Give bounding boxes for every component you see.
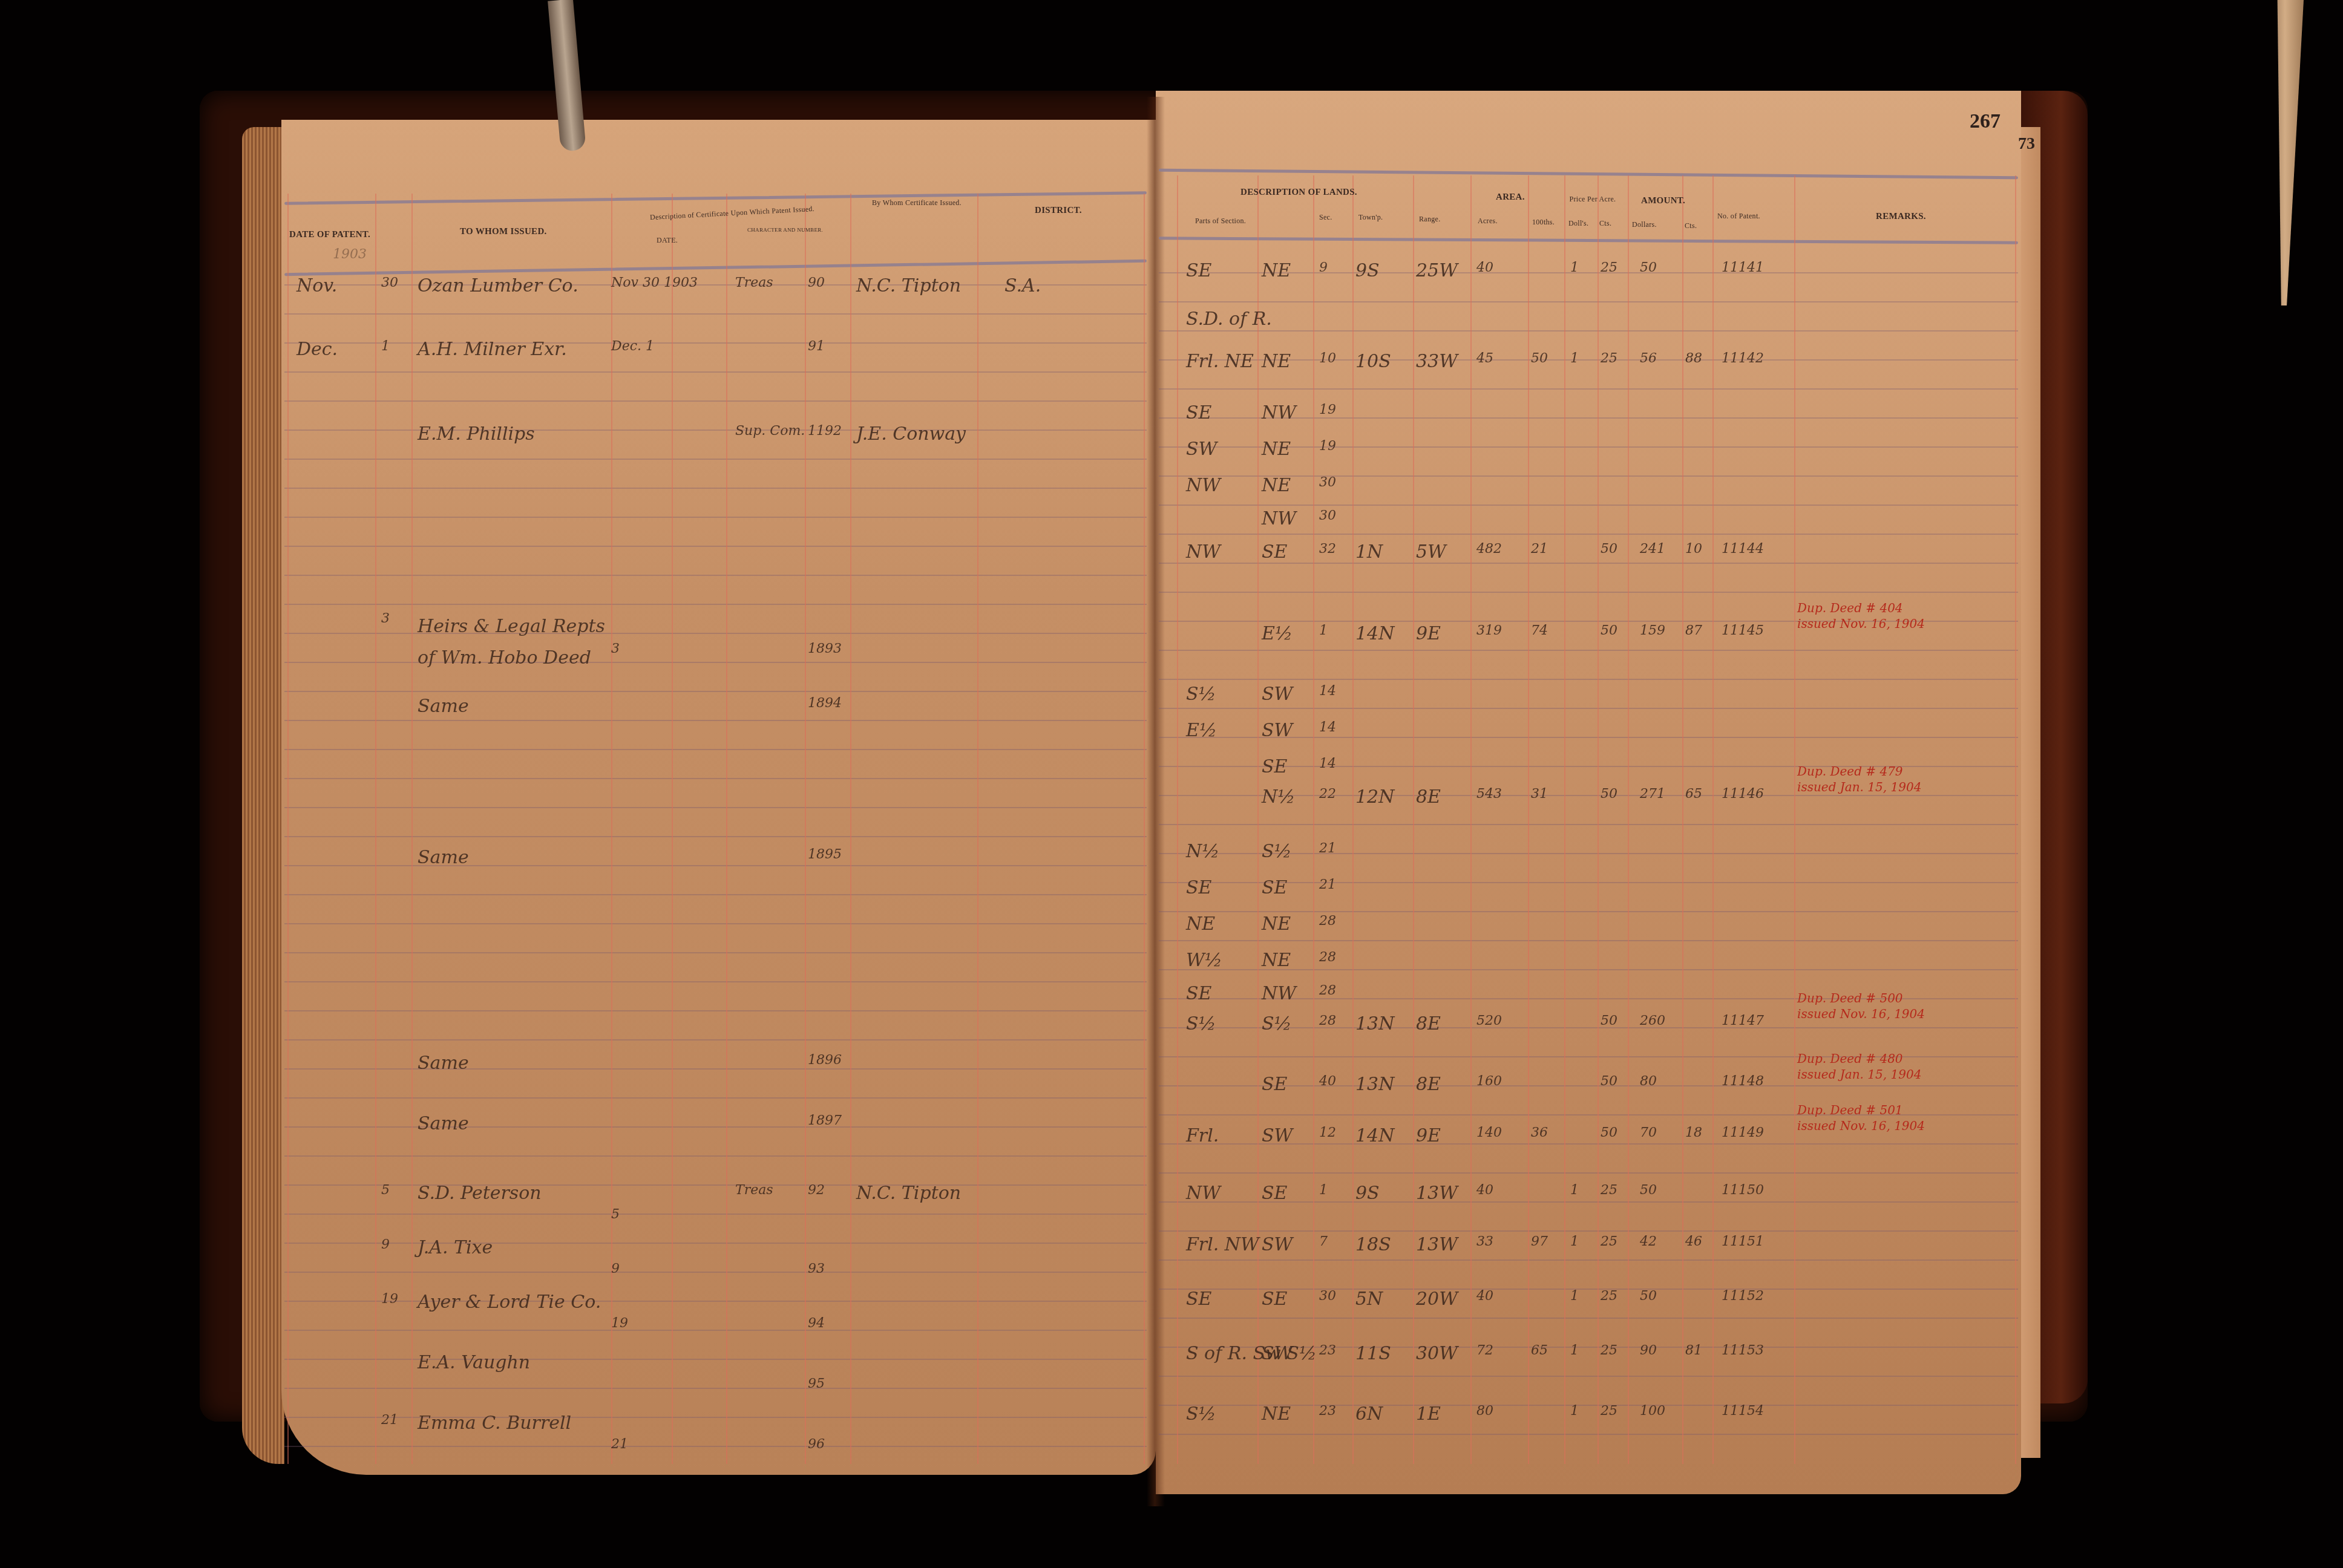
section-number: 28 xyxy=(1319,913,1336,929)
cert-date: Dec. 1 xyxy=(611,339,654,354)
grantee-name: Same xyxy=(418,1113,469,1134)
header-date-of-patent: DATE OF PATENT. xyxy=(289,230,370,240)
ruled-line xyxy=(284,1359,1147,1360)
section-number: 19 xyxy=(1319,439,1336,454)
parts-of-section: SW xyxy=(1186,439,1217,460)
grantee-name: Emma C. Burrell xyxy=(418,1413,571,1434)
ruled-line xyxy=(284,836,1147,837)
ruled-line xyxy=(1159,592,2018,593)
column-rule xyxy=(1257,175,1259,1464)
header-description-of-lands: DESCRIPTION OF LANDS. xyxy=(1240,188,1357,198)
amount-dollars: 80 xyxy=(1640,1074,1657,1089)
ruled-line xyxy=(284,1330,1147,1331)
section-number: 30 xyxy=(1319,475,1336,490)
ruled-line xyxy=(284,662,1147,663)
cert-date: 19 xyxy=(611,1316,628,1331)
acres: 80 xyxy=(1476,1403,1493,1419)
parts-of-section: Frl. NW xyxy=(1186,1234,1259,1255)
amount-cents: 88 xyxy=(1685,351,1702,366)
ruled-line xyxy=(1159,505,2018,506)
column-rule xyxy=(1313,175,1314,1464)
ruled-line xyxy=(1159,882,2018,883)
ruled-line xyxy=(284,923,1147,924)
section-number: 14 xyxy=(1319,684,1336,699)
township: 9S xyxy=(1355,1183,1380,1204)
ruled-line xyxy=(1159,563,2018,564)
header-by-whom: By Whom Certificate Issued. xyxy=(865,198,968,207)
header-character-number: CHARACTER AND NUMBER. xyxy=(747,227,823,233)
remark-duplicate-deed: Dup. Deed # 404 issued Nov. 16, 1904 xyxy=(1797,600,1930,632)
parts-of-section: NW xyxy=(1186,1183,1221,1204)
patent-number: 11145 xyxy=(1722,623,1764,638)
column-rule xyxy=(1470,175,1472,1464)
price-cents: 25 xyxy=(1601,1234,1617,1249)
range: 1E xyxy=(1416,1403,1441,1425)
price-cents: 25 xyxy=(1601,1343,1617,1358)
section-number: 28 xyxy=(1319,950,1336,965)
section-number: 30 xyxy=(1319,508,1336,523)
grantee-name: S.D. Peterson xyxy=(418,1183,542,1204)
quarter-section: SE xyxy=(1262,756,1287,777)
quarter-section: NW xyxy=(1262,402,1296,423)
quarter-section: SE xyxy=(1262,1289,1287,1310)
ruled-line xyxy=(284,1417,1147,1418)
quarter-section: S½ xyxy=(1262,841,1292,862)
section-number: 7 xyxy=(1319,1234,1328,1249)
range: 8E xyxy=(1416,1013,1441,1034)
cert-number: 93 xyxy=(808,1261,825,1276)
ruled-line xyxy=(284,981,1147,982)
cert-character: Sup. Com. xyxy=(735,423,805,439)
next-page-number: 73 xyxy=(2018,134,2035,154)
patent-number: 11152 xyxy=(1722,1289,1764,1304)
column-rule xyxy=(1352,175,1354,1464)
quarter-section: N½ xyxy=(1262,786,1295,808)
range: 33W xyxy=(1416,351,1458,372)
ruled-line xyxy=(1159,1085,2018,1086)
patent-number: 11141 xyxy=(1722,260,1764,275)
amount-dollars: 100 xyxy=(1640,1403,1665,1419)
header-dolls: Doll's. xyxy=(1568,219,1588,228)
ruled-line xyxy=(284,749,1147,750)
patent-number: 11153 xyxy=(1722,1343,1764,1358)
header-range: Range. xyxy=(1419,215,1440,224)
range: 13W xyxy=(1416,1234,1458,1255)
acres-hundredths: 31 xyxy=(1531,786,1548,802)
quarter-section: NW xyxy=(1262,508,1296,529)
township: 13N xyxy=(1355,1013,1394,1034)
quarter-section: SW xyxy=(1262,1234,1293,1255)
parts-of-section: Frl. xyxy=(1186,1125,1219,1146)
certificate-issuer: N.C. Tipton xyxy=(856,1183,961,1204)
column-rule xyxy=(850,194,851,1464)
header-hundredths: 100ths. xyxy=(1532,218,1555,227)
header-parts-of-section: Parts of Section. xyxy=(1195,217,1246,226)
township: 13N xyxy=(1355,1074,1394,1095)
ruled-line xyxy=(284,778,1147,779)
ruled-line xyxy=(284,575,1147,576)
quarter-section: NE xyxy=(1262,950,1291,971)
ruled-line xyxy=(1159,534,2018,535)
certificate-issuer: J.E. Conway xyxy=(856,423,966,445)
section-number: 22 xyxy=(1319,786,1336,802)
range: 30W xyxy=(1416,1343,1458,1364)
column-rule xyxy=(411,194,413,1464)
patent-number: 11154 xyxy=(1722,1403,1764,1419)
ruled-line xyxy=(284,604,1147,605)
cert-number: 1895 xyxy=(808,847,842,862)
amount-dollars: 70 xyxy=(1640,1125,1657,1140)
header-amount: AMOUNT. xyxy=(1641,196,1685,206)
amount-cents: 18 xyxy=(1685,1125,1702,1140)
ruled-line xyxy=(284,459,1147,460)
price-cents: 25 xyxy=(1601,351,1617,366)
acres: 40 xyxy=(1476,1289,1493,1304)
header-remarks: REMARKS. xyxy=(1876,212,1926,222)
amount-dollars: 90 xyxy=(1640,1343,1657,1358)
cert-date: 9 xyxy=(611,1261,620,1276)
amount-dollars: 56 xyxy=(1640,351,1657,366)
parts-of-section: S½ xyxy=(1186,1013,1216,1034)
price-cents: 50 xyxy=(1601,1125,1617,1140)
parts-of-section: SE xyxy=(1186,877,1211,898)
ruled-line xyxy=(284,1301,1147,1302)
acres: 72 xyxy=(1476,1343,1493,1358)
header-price-per-acre: Price Per Acre. xyxy=(1568,195,1617,204)
price-cents: 50 xyxy=(1601,1013,1617,1028)
ruled-line xyxy=(284,430,1147,431)
column-rule xyxy=(287,194,289,1464)
patent-month: Dec. xyxy=(297,339,338,360)
section-number: 30 xyxy=(1319,1289,1336,1304)
range: 25W xyxy=(1416,260,1458,281)
grantee-name: J.A. Tixe xyxy=(418,1237,493,1258)
quarter-section: NE xyxy=(1262,260,1291,281)
ruled-line xyxy=(284,1010,1147,1011)
book-gutter xyxy=(1147,97,1165,1506)
column-rule xyxy=(1564,175,1565,1464)
acres-hundredths: 97 xyxy=(1531,1234,1548,1249)
ruled-line xyxy=(1159,1289,2018,1290)
patent-day: 30 xyxy=(381,275,398,290)
ruled-line xyxy=(284,1214,1147,1215)
section-number: 9 xyxy=(1319,260,1328,275)
grantee-name: Same xyxy=(418,847,469,868)
patent-number: 11148 xyxy=(1722,1074,1764,1089)
ruled-line xyxy=(284,691,1147,692)
acres-hundredths: 65 xyxy=(1531,1343,1548,1358)
header-cert-date: DATE. xyxy=(657,236,678,245)
ruled-line xyxy=(1159,388,2018,390)
amount-dollars: 42 xyxy=(1640,1234,1657,1249)
price-dollars: 1 xyxy=(1570,1343,1579,1358)
grantee-name: E.M. Phillips xyxy=(418,423,535,445)
acres: 45 xyxy=(1476,351,1493,366)
price-dollars: 1 xyxy=(1570,1234,1579,1249)
quarter-section: SW xyxy=(1262,720,1293,741)
quarter-section: NE xyxy=(1262,475,1291,496)
amount-dollars: 50 xyxy=(1640,260,1657,275)
page-number: 267 xyxy=(1970,110,2001,133)
ruled-line xyxy=(284,1272,1147,1273)
ruled-line xyxy=(284,807,1147,808)
quarter-section: SE xyxy=(1262,541,1287,563)
ruled-line xyxy=(1159,1230,2018,1232)
column-rule xyxy=(805,194,806,1464)
quarter-section: NE xyxy=(1262,351,1291,372)
ruled-line xyxy=(1159,1318,2018,1319)
section-number: 23 xyxy=(1319,1343,1336,1358)
grantee-name: Ayer & Lord Tie Co. xyxy=(418,1292,601,1313)
patent-number: 11149 xyxy=(1722,1125,1764,1140)
section-number: 23 xyxy=(1319,1403,1336,1419)
remark-duplicate-deed: Dup. Deed # 479 issued Jan. 15, 1904 xyxy=(1797,763,1930,795)
amount-dollars: 159 xyxy=(1640,623,1665,638)
range: 9E xyxy=(1416,1125,1441,1146)
township: 10S xyxy=(1355,351,1391,372)
patent-day: 21 xyxy=(381,1413,398,1428)
range: 13W xyxy=(1416,1183,1458,1204)
ruled-line xyxy=(284,371,1147,373)
amount-dollars: 241 xyxy=(1640,541,1665,557)
ruled-line xyxy=(284,400,1147,402)
cert-date: 3 xyxy=(611,641,620,656)
range: 5W xyxy=(1416,541,1446,563)
column-rule xyxy=(1413,175,1414,1464)
township: 9S xyxy=(1355,260,1380,281)
parts-of-section: SE xyxy=(1186,260,1211,281)
parts-of-section: E½ xyxy=(1186,720,1217,741)
ruled-line xyxy=(1159,1434,2018,1435)
header-amount-cts: Cts. xyxy=(1685,221,1697,230)
township: 14N xyxy=(1355,623,1394,644)
price-dollars: 1 xyxy=(1570,1403,1579,1419)
remark-duplicate-deed: Dup. Deed # 500 issued Nov. 16, 1904 xyxy=(1797,990,1930,1022)
ruled-line xyxy=(284,865,1147,866)
ruled-line xyxy=(284,313,1147,315)
acres: 40 xyxy=(1476,1183,1493,1198)
ruled-line xyxy=(1159,824,2018,825)
header-township: Town'p. xyxy=(1358,213,1383,222)
cert-number: 1896 xyxy=(808,1053,842,1068)
quarter-section: SW xyxy=(1262,1125,1293,1146)
header-area: AREA. xyxy=(1496,192,1525,203)
column-rule xyxy=(2015,175,2016,1464)
header-district: DISTRICT. xyxy=(1035,206,1082,216)
header-acres: Acres. xyxy=(1478,217,1498,226)
patent-number: 11151 xyxy=(1722,1234,1764,1249)
amount-cents: 10 xyxy=(1685,541,1702,557)
quarter-section: SW xyxy=(1262,684,1293,705)
patent-month: Nov. xyxy=(297,275,337,296)
cert-date: 21 xyxy=(611,1437,628,1452)
ruled-line xyxy=(284,1039,1147,1040)
patent-number: 11142 xyxy=(1722,351,1764,366)
remark-duplicate-deed: Dup. Deed # 480 issued Jan. 15, 1904 xyxy=(1797,1051,1930,1082)
parts-of-section: W½ xyxy=(1186,950,1222,971)
section-number: 12 xyxy=(1319,1125,1336,1140)
cert-number: 95 xyxy=(808,1376,825,1391)
quarter-section: E½ xyxy=(1262,623,1293,644)
ruled-line xyxy=(1159,1259,2018,1261)
township: 5N xyxy=(1355,1289,1383,1310)
range: 20W xyxy=(1416,1289,1458,1310)
ruled-line xyxy=(1159,650,2018,651)
parts-of-section: SE xyxy=(1186,1289,1211,1310)
acres: 543 xyxy=(1476,786,1502,802)
section-number: 21 xyxy=(1319,877,1336,892)
bookmark-right-icon[interactable] xyxy=(2266,0,2304,305)
quarter-section: SE xyxy=(1262,1074,1287,1095)
ruled-line xyxy=(284,1388,1147,1389)
patent-day: 3 xyxy=(381,611,390,626)
acres: 319 xyxy=(1476,623,1502,638)
ruled-line xyxy=(1159,679,2018,680)
grantee-name: Heirs & Legal Repts of Wm. Hobo Deed xyxy=(418,611,611,674)
price-cents: 25 xyxy=(1601,1183,1617,1198)
acres-hundredths: 36 xyxy=(1531,1125,1548,1140)
section-number: 14 xyxy=(1319,756,1336,771)
ruled-line xyxy=(1159,1201,2018,1203)
grantee-name: Same xyxy=(418,696,469,717)
cert-number: 91 xyxy=(808,339,825,354)
acres: 520 xyxy=(1476,1013,1502,1028)
acres: 482 xyxy=(1476,541,1502,557)
amount-cents: 87 xyxy=(1685,623,1702,638)
quarter-section: SW xyxy=(1262,1343,1293,1364)
column-rule xyxy=(1177,175,1178,1464)
quarter-section: NW xyxy=(1262,983,1296,1004)
amount-dollars: 260 xyxy=(1640,1013,1665,1028)
column-rule xyxy=(1682,175,1683,1464)
acres-hundredths: 50 xyxy=(1531,351,1548,366)
patent-day: 19 xyxy=(381,1292,398,1307)
column-rule xyxy=(1712,175,1714,1464)
price-dollars: 1 xyxy=(1570,351,1579,366)
column-rule xyxy=(375,194,376,1464)
parts-of-section: S½ xyxy=(1186,684,1216,705)
grantee-name: Same xyxy=(418,1053,469,1074)
cert-number: 90 xyxy=(808,275,825,290)
column-rule xyxy=(726,194,727,1464)
section-number: 19 xyxy=(1319,402,1336,417)
grantee-name: A.H. Milner Exr. xyxy=(418,339,567,360)
acres: 33 xyxy=(1476,1234,1493,1249)
grantee-name: Ozan Lumber Co. xyxy=(418,275,578,296)
patent-day: 9 xyxy=(381,1237,390,1252)
parts-of-section: SE xyxy=(1186,402,1211,423)
patent-number: 11150 xyxy=(1722,1183,1764,1198)
section-number: 10 xyxy=(1319,351,1336,366)
cert-character: Treas xyxy=(735,1183,773,1198)
ruled-line xyxy=(284,720,1147,721)
cert-number: 1894 xyxy=(808,696,842,711)
certificate-issuer: N.C. Tipton xyxy=(856,275,961,296)
quarter-section: NE xyxy=(1262,1403,1291,1425)
header-no-of-patent: No. of Patent. xyxy=(1717,212,1760,221)
parts-of-section: S½ xyxy=(1186,1403,1216,1425)
patent-day: 5 xyxy=(381,1183,390,1198)
ruled-line xyxy=(284,894,1147,895)
section-number: 28 xyxy=(1319,1013,1336,1028)
township: 11S xyxy=(1355,1343,1391,1364)
ruled-line xyxy=(284,1068,1147,1070)
parts-of-section: NW xyxy=(1186,475,1221,496)
column-rule xyxy=(1144,194,1145,1464)
year-note: 1903 xyxy=(333,247,367,262)
parts-of-section: NE xyxy=(1186,913,1215,935)
price-cents: 25 xyxy=(1601,1289,1617,1304)
header-cts: Cts. xyxy=(1599,219,1611,228)
ruled-line xyxy=(1159,940,2018,941)
header-sec: Sec. xyxy=(1319,213,1332,222)
section-number: 21 xyxy=(1319,841,1336,856)
ruled-line xyxy=(284,633,1147,634)
ruled-line xyxy=(284,488,1147,489)
section-number: 1 xyxy=(1319,1183,1328,1198)
cert-number: 94 xyxy=(808,1316,825,1331)
section-number: 28 xyxy=(1319,983,1336,998)
price-cents: 50 xyxy=(1601,786,1617,802)
quarter-section: NE xyxy=(1262,439,1291,460)
ruled-line xyxy=(284,1243,1147,1244)
ruled-line xyxy=(284,1097,1147,1099)
ruled-line xyxy=(284,1446,1147,1447)
price-dollars: 1 xyxy=(1570,1289,1579,1304)
township: 14N xyxy=(1355,1125,1394,1146)
amount-dollars: 50 xyxy=(1640,1183,1657,1198)
quarter-section: SE xyxy=(1262,877,1287,898)
patent-number: 11147 xyxy=(1722,1013,1764,1028)
ruled-line xyxy=(284,546,1147,547)
ruled-line xyxy=(284,1155,1147,1157)
ruled-line xyxy=(284,1184,1147,1186)
parts-of-section: Frl. NE xyxy=(1186,351,1254,372)
ruled-line xyxy=(1159,708,2018,709)
header-dollars: Dollars. xyxy=(1632,220,1657,229)
ruled-line xyxy=(284,1126,1147,1128)
parts-of-section: SE xyxy=(1186,983,1211,1004)
quarter-section: SE xyxy=(1262,1183,1287,1204)
amount-dollars: 271 xyxy=(1640,786,1665,802)
section-number: 40 xyxy=(1319,1074,1336,1089)
cert-number: 1192 xyxy=(808,423,842,439)
parts-of-section: NW xyxy=(1186,541,1221,563)
range: 9E xyxy=(1416,623,1441,644)
parts-of-section: N½ xyxy=(1186,841,1219,862)
cert-date: 5 xyxy=(611,1207,620,1222)
amount-cents: 65 xyxy=(1685,786,1702,802)
cert-number: 92 xyxy=(808,1183,825,1198)
column-rule xyxy=(1794,175,1795,1464)
quarter-section: S½ xyxy=(1262,1013,1292,1034)
ruled-line xyxy=(284,952,1147,953)
amount-dollars: 50 xyxy=(1640,1289,1657,1304)
township: 18S xyxy=(1355,1234,1391,1255)
remark-duplicate-deed: Dup. Deed # 501 issued Nov. 16, 1904 xyxy=(1797,1102,1930,1134)
column-rule xyxy=(1628,175,1629,1464)
section-number: 32 xyxy=(1319,541,1336,557)
parts-of-section: S of R. Sw S½ xyxy=(1186,1343,1317,1364)
quarter-section: NE xyxy=(1262,913,1291,935)
ruled-line xyxy=(284,517,1147,518)
cert-number: 1897 xyxy=(808,1113,842,1128)
price-dollars: 1 xyxy=(1570,260,1579,275)
range: 8E xyxy=(1416,786,1441,808)
section-number: 1 xyxy=(1319,623,1328,638)
page-stack-left xyxy=(242,127,284,1464)
section-number: 14 xyxy=(1319,720,1336,735)
